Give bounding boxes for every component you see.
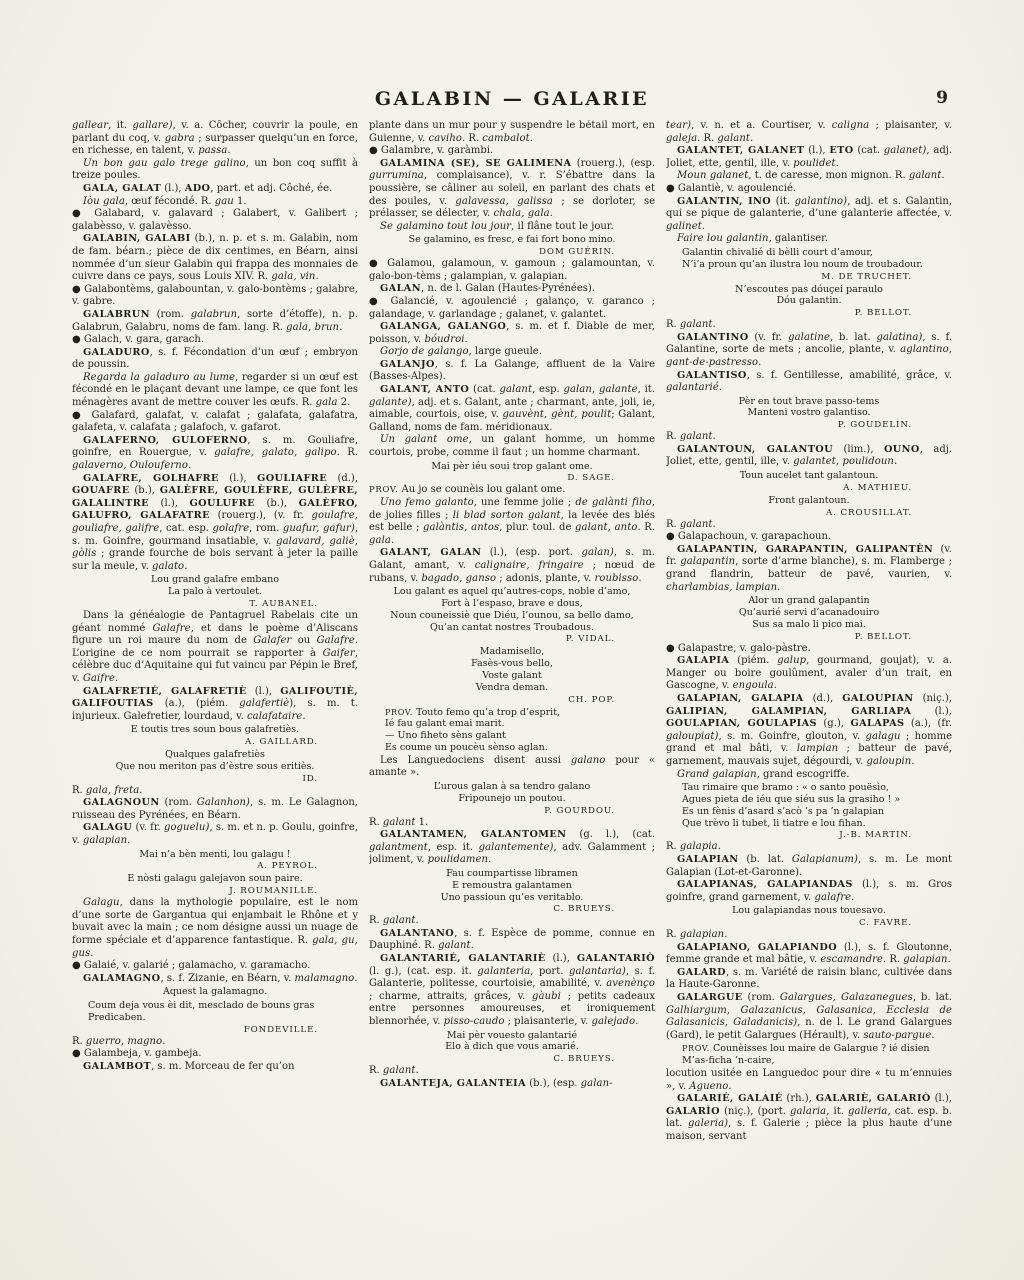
column-1: gallear, it. gallare), v. a. Côcher, cou… <box>72 120 358 1272</box>
verse-line: Fau coumpartisse libramen <box>369 868 655 880</box>
verse-line: Fripounejo un poutou. <box>369 793 655 805</box>
verse-line: Sus sa malo li pico mai. <box>666 619 952 631</box>
etymology-reference: R. galant. <box>666 519 952 532</box>
verse-line: Qualques galafretiès <box>72 749 358 761</box>
variant-note: ● Galaié, v. galarié ; galamacho, v. gar… <box>72 960 358 973</box>
verse-line: Lou galapiandas nous touesavo. <box>666 905 952 917</box>
entry-paragraph: Se galamino tout lou jour, il flâne tout… <box>369 221 655 234</box>
entry-paragraph: GALARD, s. m. Variété de raisin blanc, c… <box>666 967 952 992</box>
verse-line: E remoustra galantamen <box>369 880 655 892</box>
entry-paragraph: GALABIN, GALABI (b.), n. p. et s. m. Gal… <box>72 233 358 283</box>
verse-line: — Uno fiheto sèns galant <box>385 730 655 742</box>
verse-line: Voste galant <box>369 670 655 682</box>
entry-paragraph: GALANTET, GALANET (l.), ETO (cat. galane… <box>666 145 952 170</box>
verse-line: Lou grand galafre embano <box>72 574 358 586</box>
entry-paragraph: GALANTARIÉ, GALANTARIÈ (l.), GALANTARIÒ … <box>369 953 655 1029</box>
entry-paragraph: GALAMAGNO, s. f. Zizanie, en Béarn, v. m… <box>72 973 358 986</box>
entry-paragraph: GALAGNOUN (rom. Galanhon), s. m. Le Gala… <box>72 797 358 822</box>
entry-paragraph: GALANTISO, s. f. Gentillesse, amabilité,… <box>666 370 952 395</box>
verse-line: E nòsti galagu galejavon soun paire. <box>72 873 358 885</box>
entry-paragraph: GALARIÉ, GALAIÉ (rh.), GALARIÈ, GALARIÒ … <box>666 1093 952 1143</box>
entry-paragraph: GALADURO, s. f. Fécondation d’un œuf ; e… <box>72 347 358 372</box>
running-title: GALABIN — GALARIE <box>375 88 649 110</box>
variant-note: ● Galabontèms, galabountan, v. galo-bont… <box>72 284 358 309</box>
dictionary-page-scan: GALABIN — GALARIE 9 gallear, it. gallare… <box>0 0 1024 1280</box>
citation-author: A. PEYROL. <box>72 861 358 872</box>
entry-paragraph: Iòu gala, œuf fécondé. R. gau 1. <box>72 196 358 209</box>
verse-quotation: Tau rimaire que bramo : « o santo pouësì… <box>666 781 952 830</box>
citation-author: ID. <box>72 774 358 785</box>
page-number: 9 <box>936 88 948 108</box>
verse-quotation: Mai n’a bèn menti, lou galagu ! <box>72 848 358 862</box>
citation-author: A. MATHIEU. <box>666 483 952 494</box>
citation-author: FONDEVILLE. <box>72 1025 358 1036</box>
entry-paragraph: Un galant ome, un galant homme, un homme… <box>369 434 655 459</box>
verse-line: Toun aucelet tant galantoun. <box>666 470 952 482</box>
verse-line: Agues pieta de iéu que siéu sus la grasi… <box>682 794 952 806</box>
entry-paragraph: Uno femo galanto, une femme jolie ; de g… <box>369 497 655 547</box>
variant-note: ● Galach, v. gara, garach. <box>72 334 358 347</box>
variant-note: ● Galancié, v. agoulencié ; galanço, v. … <box>369 296 655 321</box>
verse-quotation: Lou grand galafre embanoLa palo à vertou… <box>72 573 358 599</box>
citation-author: P. GOUDELIN. <box>666 420 952 431</box>
entry-paragraph: tear), v. n. et a. Courtiser, v. caligna… <box>666 120 952 145</box>
etymology-reference: R. galant 1. <box>369 817 655 830</box>
verse-quotation: Madamisello,Fasès-vous bello,Voste galan… <box>369 645 655 694</box>
verse-line: Se galamino, es fresc, e fai fort bono m… <box>369 234 655 246</box>
entry-paragraph: GALAPIA (piém. galup, gourmand, goujat),… <box>666 655 952 693</box>
etymology-reference: R. galant. <box>369 915 655 928</box>
entry-paragraph: GALAGU (v. fr. goguelu), s. m. et n. p. … <box>72 822 358 847</box>
entry-paragraph: GALARGUE (rom. Galargues, Galazanegues, … <box>666 992 952 1042</box>
etymology-reference: PROV. Au jo se counèis lou galant ome. <box>369 484 655 497</box>
citation-author: P. BELLOT. <box>666 308 952 319</box>
entry-paragraph: GALANTIN, INO (it. galantino), adj. et s… <box>666 196 952 234</box>
verse-quotation: PROV. Counèisses lou maire de Galargue ?… <box>666 1042 952 1068</box>
verse-line: Tau rimaire que bramo : « o santo pouësì… <box>682 782 952 794</box>
entry-paragraph: Regarda la galaduro au lume, regarder si… <box>72 372 358 410</box>
entry-paragraph: Dans la généalogie de Pantagruel Rabelai… <box>72 610 358 686</box>
citation-author: C. BRUEYS. <box>369 1054 655 1065</box>
entry-paragraph: GALANTANO, s. f. Espèce de pomme, connue… <box>369 928 655 953</box>
entry-paragraph: Moun galanet, t. de caresse, mon mignon.… <box>666 170 952 183</box>
variant-note: ● Galapachoun, v. garapachoun. <box>666 531 952 544</box>
etymology-reference: R. galant. <box>369 1065 655 1078</box>
entry-paragraph: Un bon gau galo trege galino, un bon coq… <box>72 158 358 183</box>
verse-line: Ié fau galant emai marit. <box>385 718 655 730</box>
entry-paragraph: GALANTAMEN, GALANTOMEN (g. l.), (cat. ga… <box>369 829 655 867</box>
entry-paragraph: Galagu, dans la mythologie populaire, es… <box>72 897 358 960</box>
etymology-reference: R. galant. <box>666 319 952 332</box>
citation-author: C. BRUEYS. <box>369 904 655 915</box>
entry-paragraph: Les Languedociens disent aussi galano po… <box>369 755 655 780</box>
verse-quotation: E nòsti galagu galejavon soun paire. <box>72 872 358 886</box>
variant-note: ● Galapastre, v. galo-pàstre. <box>666 643 952 656</box>
verse-line: Front galantoun. <box>666 495 952 507</box>
entry-paragraph: plante dans un mur pour y suspendre le b… <box>369 120 655 145</box>
verse-line: Elo à dich que vous amarié. <box>369 1041 655 1053</box>
verse-quotation: E toutis tres soun bous galafretiès. <box>72 723 358 737</box>
text-columns: gallear, it. gallare), v. a. Côcher, cou… <box>72 120 952 1272</box>
citation-author: A. GAILLARD. <box>72 737 358 748</box>
entry-paragraph: GALAMBOT, s. m. Morceau de fer qu’on <box>72 1061 358 1074</box>
verse-line: Es coume un poucèu sènso aglan. <box>385 742 655 754</box>
citation-author: DOM GUÉRIN. <box>369 247 655 258</box>
column-3: tear), v. n. et a. Courtiser, v. caligna… <box>666 120 952 1272</box>
entry-paragraph: locution usitée en Languedoc pour dire «… <box>666 1068 952 1093</box>
verse-line: Dóu galantin. <box>666 295 952 307</box>
entry-paragraph: GALAPIAN, GALAPIA (d.), GALOUPIAN (niç.)… <box>666 693 952 769</box>
verse-quotation: Lou galant es aquel qu’autres-cops, nobl… <box>369 585 655 634</box>
verse-quotation: Se galamino, es fresc, e fai fort bono m… <box>369 233 655 247</box>
citation-author: A. CROUSILLAT. <box>666 508 952 519</box>
verse-line: La palo à vertoulet. <box>72 586 358 598</box>
page-header: GALABIN — GALARIE 9 <box>0 88 1024 114</box>
citation-author: D. SAGE. <box>369 473 655 484</box>
verse-line: Noun couneissiè que Diéu, l’ounou, sa be… <box>369 610 655 622</box>
entry-paragraph: GALAPIANAS, GALAPIANDAS (l.), s. m. Gros… <box>666 879 952 904</box>
entry-paragraph: Faire lou galantin, galantiser. <box>666 233 952 246</box>
citation-author: M. DE TRUCHET. <box>666 272 952 283</box>
verse-line: M’as-ficha ’n-caire, <box>682 1055 952 1067</box>
entry-paragraph: GALANTOUN, GALANTOU (lim.), OUNO, adj. J… <box>666 444 952 469</box>
column-2: plante dans un mur pour y suspendre le b… <box>369 120 655 1272</box>
entry-paragraph: GALAFERNO, GULOFERNO, s. m. Gouliafre, g… <box>72 435 358 473</box>
citation-author: C. FAVRE. <box>666 918 952 929</box>
verse-line: Manteni vostro galantiso. <box>666 407 952 419</box>
verse-line: Mai pèr vouesto galantarié <box>369 1030 655 1042</box>
entry-paragraph: gallear, it. gallare), v. a. Côcher, cou… <box>72 120 358 158</box>
citation-author: P. BELLOT. <box>666 632 952 643</box>
verse-line: Mai n’a bèn menti, lou galagu ! <box>72 849 358 861</box>
verse-line: Que trèvo li tubet, li tiatre e lou fiha… <box>682 818 952 830</box>
variant-note: ● Galabard, v. galavard ; Galabert, v. G… <box>72 208 358 233</box>
verse-line: Fort à l’espaso, brave e dous, <box>369 598 655 610</box>
verse-quotation: L’urous galan à sa tendro galanoFripoune… <box>369 780 655 806</box>
entry-paragraph: GALAPIANO, GALAPIANDO (l.), s. f. Glouto… <box>666 942 952 967</box>
entry-paragraph: GALA, GALAT (l.), ADO, part. et adj. Côc… <box>72 183 358 196</box>
verse-line: Que nou meriton pas d’èstre sous eritiès… <box>72 761 358 773</box>
verse-quotation: N’escoutes pas dóuçei parauloDóu galanti… <box>666 283 952 309</box>
citation-author: P. GOURDOU. <box>369 806 655 817</box>
entry-paragraph: GALABRUN (rom. galabrun, sorte d’étoffe)… <box>72 309 358 334</box>
verse-line: Predicaben. <box>88 1012 358 1024</box>
verse-line: Uno passioun qu’es veritablo. <box>369 892 655 904</box>
verse-quotation: Pèr en tout brave passo-temsManteni vost… <box>666 395 952 421</box>
verse-quotation: Aquest la galamagno. <box>72 985 358 999</box>
entry-paragraph: GALANJO, s. f. La Galange, affluent de l… <box>369 359 655 384</box>
entry-paragraph: GALAFRE, GOLHAFRE (l.), GOULIAFRE (d.), … <box>72 473 358 574</box>
variant-note: ● Galamou, galamoun, v. gamoun ; galamou… <box>369 258 655 283</box>
variant-note: ● Galafard, galafat, v. calafat ; galafa… <box>72 410 358 435</box>
citation-author: T. AUBANEL. <box>72 599 358 610</box>
verse-line: Vendra deman. <box>369 682 655 694</box>
verse-quotation: Mai pèr vouesto galantariéElo à dich que… <box>369 1029 655 1055</box>
verse-quotation: Galantin chivalié di bèlli court d’amour… <box>666 246 952 272</box>
verse-quotation: PROV. Touto femo qu’a trop d’esprit,Ié f… <box>369 706 655 755</box>
etymology-reference: R. guerro, magno. <box>72 1036 358 1049</box>
variant-note: ● Galambeja, v. gambeja. <box>72 1048 358 1061</box>
verse-line: PROV. Touto femo qu’a trop d’esprit, <box>385 707 655 719</box>
citation-author: J.-B. MARTIN. <box>666 830 952 841</box>
verse-line: Coum deja vous èi dit, mesclado de bouns… <box>88 1000 358 1012</box>
citation-author: J. ROUMANILLE. <box>72 886 358 897</box>
etymology-reference: R. galapia. <box>666 841 952 854</box>
variant-note: ● Galantiè, v. agoulencié. <box>666 183 952 196</box>
verse-line: Lou galant es aquel qu’autres-cops, nobl… <box>369 586 655 598</box>
etymology-reference: R. gala, freta. <box>72 785 358 798</box>
verse-line: Mai pèr iéu soui trop galant ome. <box>369 461 655 473</box>
entry-paragraph: Grand galapian, grand escogriffe. <box>666 769 952 782</box>
entry-paragraph: GALANTINO (v. fr. galatine, b. lat. gala… <box>666 332 952 370</box>
verse-quotation: Fau coumpartisse libramenE remoustra gal… <box>369 867 655 904</box>
citation-author: CH. POP. <box>369 695 655 706</box>
entry-paragraph: GALAPIAN (b. lat. Galapianum), s. m. Le … <box>666 854 952 879</box>
verse-quotation: Toun aucelet tant galantoun. <box>666 469 952 483</box>
verse-quotation: Alor un grand galapantinQu’aurié servi d… <box>666 594 952 631</box>
verse-line: PROV. Counèisses lou maire de Galargue ?… <box>682 1043 952 1055</box>
verse-line: L’urous galan à sa tendro galano <box>369 781 655 793</box>
verse-line: Qu’aurié servi d’acanadouiro <box>666 607 952 619</box>
etymology-reference: R. galant. <box>666 431 952 444</box>
verse-line: Fasès-vous bello, <box>369 658 655 670</box>
verse-line: Aquest la galamagno. <box>72 986 358 998</box>
verse-line: Es un fènis d’asard s’acò ’s pa ’n galap… <box>682 806 952 818</box>
verse-quotation: Front galantoun. <box>666 494 952 508</box>
entry-paragraph: GALANT, ANTO (cat. galant, esp. galan, g… <box>369 384 655 434</box>
verse-line: Qu’an cantat nostres Troubadous. <box>369 622 655 634</box>
entry-paragraph: GALAPANTIN, GARAPANTIN, GALIPANTÈN (v. f… <box>666 544 952 594</box>
verse-line: Pèr en tout brave passo-tems <box>666 396 952 408</box>
verse-line: Alor un grand galapantin <box>666 595 952 607</box>
verse-line: E toutis tres soun bous galafretiès. <box>72 724 358 736</box>
etymology-reference: R. galapian. <box>666 929 952 942</box>
entry-paragraph: GALAN, n. de l. Galan (Hautes-Pyrénées). <box>369 283 655 296</box>
verse-line: Galantin chivalié di bèlli court d’amour… <box>682 247 952 259</box>
entry-paragraph: GALANTEJA, GALANTEIA (b.), (esp. galan- <box>369 1078 655 1091</box>
verse-quotation: Lou galapiandas nous touesavo. <box>666 904 952 918</box>
verse-line: N’i’a proun qu’an ilustra lou noum de tr… <box>682 259 952 271</box>
citation-author: P. VIDAL. <box>369 634 655 645</box>
entry-paragraph: GALAMINA (SE), SE GALIMENA (rouerg.), (e… <box>369 158 655 221</box>
verse-line: N’escoutes pas dóuçei paraulo <box>666 284 952 296</box>
variant-note: ● Galambre, v. garàmbi. <box>369 145 655 158</box>
verse-line: Madamisello, <box>369 646 655 658</box>
entry-paragraph: GALAFRETIÉ, GALAFRETIÈ (l.), GALIFOUTIÈ,… <box>72 686 358 724</box>
entry-paragraph: GALANGA, GALANGO, s. m. et f. Diable de … <box>369 321 655 346</box>
verse-quotation: Mai pèr iéu soui trop galant ome. <box>369 460 655 474</box>
entry-paragraph: GALANT, GALAN (l.), (esp. port. galan), … <box>369 547 655 585</box>
entry-paragraph: Gorjo de galango, large gueule. <box>369 346 655 359</box>
verse-quotation: Coum deja vous èi dit, mesclado de bouns… <box>72 999 358 1025</box>
verse-quotation: Qualques galafretièsQue nou meriton pas … <box>72 748 358 774</box>
